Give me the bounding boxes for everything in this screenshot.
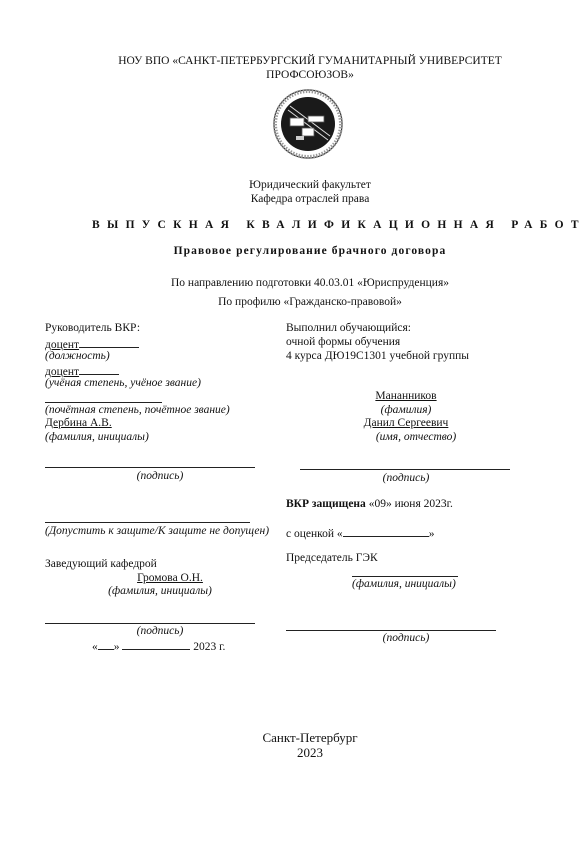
defense-status: ВКР защищена «09» июня 2023г. [286, 498, 453, 510]
student-course-group: 4 курса ДЮ19С1301 учебной группы [286, 350, 469, 362]
head-of-department-signature-label: (подпись) [45, 625, 275, 637]
student-signature-line [300, 469, 510, 470]
date-month-blank [122, 638, 190, 650]
faculty-name: Юридический факультет [0, 179, 579, 191]
supervisor-signature-label: (подпись) [45, 470, 275, 482]
university-name-line2: ПРОФСОЮЗОВ» [0, 69, 579, 81]
student-signature-label: (подпись) [286, 472, 526, 484]
study-profile: По профилю «Гражданско-правовой» [0, 296, 579, 308]
supervisor-honorary-blank [45, 402, 162, 403]
head-of-department-date: «» 2023 г. [92, 638, 225, 653]
head-of-department-name-label: (фамилия, инициалы) [45, 585, 275, 597]
student-heading: Выполнил обучающийся: [286, 322, 411, 334]
department-name: Кафедра отраслей права [0, 193, 579, 205]
defense-grade-suffix: » [429, 528, 435, 540]
university-name-line1: НОУ ВПО «САНКТ-ПЕТЕРБУРГСКИЙ ГУМАНИТАРНЫ… [0, 55, 579, 67]
supervisor-heading: Руководитель ВКР: [45, 322, 140, 334]
head-of-department-name: Громова О.Н. [45, 572, 295, 584]
defense-status-bold: ВКР защищена [286, 498, 366, 510]
gek-chair-name-label: (фамилия, инициалы) [352, 578, 456, 590]
year: 2023 [0, 745, 579, 761]
student-name-value: Данил Сергеевич [286, 417, 526, 429]
supervisor-honorary-label: (почётная степень, почётное звание) [45, 404, 230, 416]
city: Санкт-Петербург [0, 730, 579, 746]
defense-grade-blank [343, 525, 429, 537]
supervisor-degree-label: (учёная степень, учёное звание) [45, 377, 201, 389]
gek-chair-name-line [352, 576, 458, 577]
university-emblem-icon [272, 88, 344, 160]
supervisor-name-label: (фамилия, инициалы) [45, 431, 149, 443]
student-name-label: (имя, отчество) [296, 431, 536, 443]
defense-grade: с оценкой «» [286, 525, 434, 540]
defense-date: «09» июня 2023г. [366, 498, 453, 510]
admission-line [45, 522, 250, 523]
supervisor-signature-line [45, 467, 255, 468]
supervisor-position-blank [79, 336, 139, 348]
date-close-quote: » [114, 641, 120, 653]
study-direction: По направлению подготовки 40.03.01 «Юрис… [0, 277, 579, 289]
date-day-blank [98, 638, 114, 650]
gek-chair-heading: Председатель ГЭК [286, 552, 378, 564]
head-of-department-heading: Заведующий кафедрой [45, 558, 157, 570]
date-year: 2023 г. [190, 641, 225, 653]
supervisor-degree-field: доцент [45, 363, 119, 378]
supervisor-name-value: Дербина А.В. [45, 417, 112, 429]
student-surname-value: Мананников [286, 390, 526, 402]
work-type-title: ВЫПУСКНАЯ КВАЛИФИКАЦИОННАЯ РАБОТА [92, 219, 579, 231]
supervisor-degree-blank [79, 363, 119, 375]
gek-chair-signature-label: (подпись) [286, 632, 526, 644]
supervisor-position-field: доцент [45, 336, 139, 351]
student-surname-label: (фамилия) [286, 404, 526, 416]
student-study-form: очной формы обучения [286, 336, 400, 348]
defense-grade-prefix: с оценкой « [286, 528, 343, 540]
supervisor-position-label: (должность) [45, 350, 110, 362]
head-of-department-signature-line [45, 623, 255, 624]
work-topic: Правовое регулирование брачного договора [0, 245, 579, 257]
admission-label: (Допустить к защите/К защите не допущен) [45, 525, 269, 537]
gek-chair-signature-line [286, 630, 496, 631]
